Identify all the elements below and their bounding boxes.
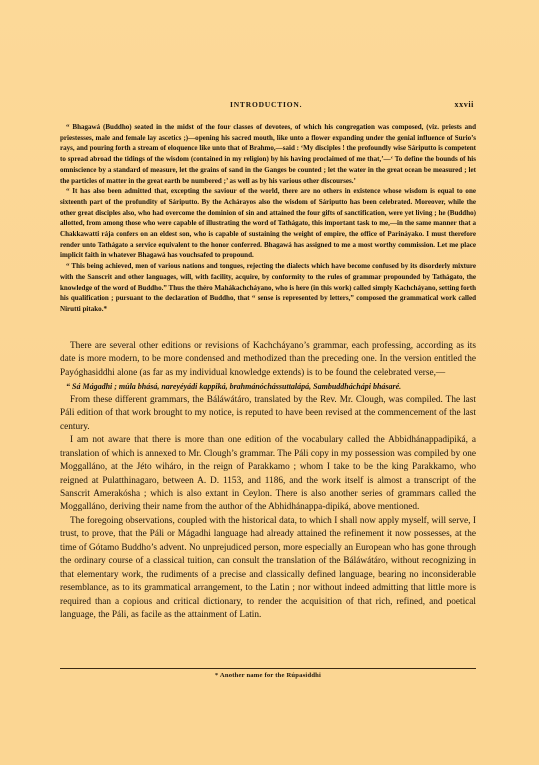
book-page: INTRODUCTION. xxvii “ Bhagawá (Buddho) s…: [0, 0, 539, 765]
quoted-passage: “ Bhagawá (Buddho) seated in the midst o…: [60, 122, 476, 315]
body-paragraph: From these different grammars, the Báláw…: [60, 394, 476, 434]
main-text: There are several other editions or revi…: [60, 340, 476, 623]
pali-verse: “ Sá Mágadhi ; múla bhásá, nareyéyádi ka…: [60, 380, 476, 393]
page-header-title: INTRODUCTION.: [230, 100, 302, 109]
body-paragraph: The foregoing observations, coupled with…: [60, 515, 476, 623]
quote-paragraph: “ This being achieved, men of various na…: [60, 261, 476, 315]
footnote-divider: [60, 668, 476, 669]
footnote: * Another name for the Rúpasiddhi: [60, 672, 476, 679]
page-number: xxvii: [455, 100, 474, 109]
body-paragraph: There are several other editions or revi…: [60, 340, 476, 380]
quote-paragraph: “ It has also been admitted that, except…: [60, 186, 476, 261]
quote-paragraph: “ Bhagawá (Buddho) seated in the midst o…: [60, 122, 476, 186]
body-paragraph: I am not aware that there is more than o…: [60, 434, 476, 515]
running-head: INTRODUCTION. xxvii: [54, 100, 474, 109]
